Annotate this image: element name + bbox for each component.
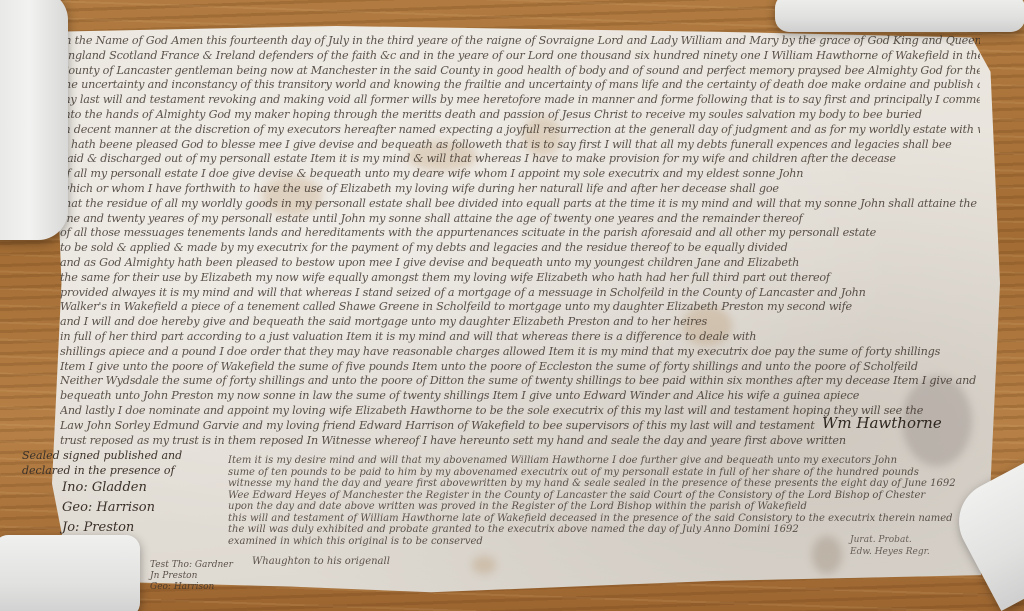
will-line: into the hands of Almighty God my maker …: [60, 108, 980, 123]
probate-line: sume of ten pounds to be paid to him by …: [228, 467, 998, 479]
witness-heading: Sealed signed published and: [22, 448, 212, 463]
will-line: that the residue of all my worldly goods…: [60, 197, 980, 212]
will-line: Walker's in Wakefield a piece of a tenem…: [60, 300, 980, 315]
probate-line: Wee Edward Heyes of Manchester the Regis…: [228, 490, 998, 502]
will-line: one and twenty yeares of my personall es…: [60, 212, 980, 227]
fabric-weight-bottom-left: [0, 535, 140, 611]
will-line: provided alwayes it is my mind and will …: [60, 286, 980, 301]
will-line: Item I give unto the poore of Wakefield …: [60, 360, 980, 375]
probate-witness-name: Test Tho: Gardner: [150, 560, 233, 571]
will-line: bequeath unto John Preston my now sonne …: [60, 389, 980, 404]
will-line: it hath beene pleased God to blesse mee …: [60, 138, 980, 153]
will-line: trust reposed as my trust is in them rep…: [60, 434, 980, 449]
will-line: in decent manner at the discretion of my…: [60, 123, 980, 138]
probate-line: Item it is my desire mind and will that …: [228, 455, 998, 467]
will-line: of all those messuages tenements lands a…: [60, 226, 980, 241]
will-line: my last will and testament revoking and …: [60, 93, 980, 108]
fabric-weight-top-right: [775, 0, 1024, 32]
will-line: to be sold & applied & made by my execut…: [60, 241, 980, 256]
probate-line: upon the day and date above written was …: [228, 501, 998, 513]
will-line: shillings apiece and a pound I doe order…: [60, 345, 980, 360]
probate-witnesses: Test Tho: Gardner Jn Preston Geo: Harris…: [150, 560, 233, 593]
probate-witness-name: Jn Preston: [150, 571, 233, 582]
will-body-text: In the Name of God Amen this fourteenth …: [60, 34, 980, 448]
registry-note-line: Edw. Heyes Regr.: [850, 546, 930, 558]
witness-name: Geo: Harrison: [62, 498, 212, 518]
will-line: paid & discharged out of my personall es…: [60, 152, 980, 167]
probate-line: this will and testament of William Hawth…: [228, 513, 998, 525]
will-line: In the Name of God Amen this fourteenth …: [60, 34, 980, 49]
probate-witness-name: Geo: Harrison: [150, 582, 233, 593]
stain: [472, 556, 496, 574]
will-line: of all my personall estate I doe give de…: [60, 167, 980, 182]
fabric-weight-top-left: [0, 0, 68, 240]
witness-block: Sealed signed published and declared in …: [22, 448, 212, 538]
will-line: Neither Wydsdale the sume of forty shill…: [60, 374, 980, 389]
will-line: County of Lancaster gentleman being now …: [60, 64, 980, 79]
will-line: and as God Almighty hath been pleased to…: [60, 256, 980, 271]
will-line: and I will and doe hereby give and beque…: [60, 315, 980, 330]
witness-name: Ino: Gladden: [62, 478, 212, 498]
registry-note: Jurat. Probat. Edw. Heyes Regr.: [850, 534, 930, 558]
will-line: England Scotland France & Ireland defend…: [60, 49, 980, 64]
will-line: which or whom I have forthwith to have t…: [60, 182, 980, 197]
witness-heading: declared in the presence of: [22, 463, 212, 478]
testator-signature: Wm Hawthorne: [822, 414, 942, 432]
footer-collation-note: Whaughton to his origenall: [252, 556, 390, 567]
will-line: the uncertainty and inconstancy of this …: [60, 78, 980, 93]
will-line: the same for their use by Elizabeth my n…: [60, 271, 980, 286]
will-line: in full of her third part according to a…: [60, 330, 980, 345]
probate-line: witnesse my hand the day and yeare first…: [228, 478, 998, 490]
registry-note-line: Jurat. Probat.: [850, 534, 930, 546]
